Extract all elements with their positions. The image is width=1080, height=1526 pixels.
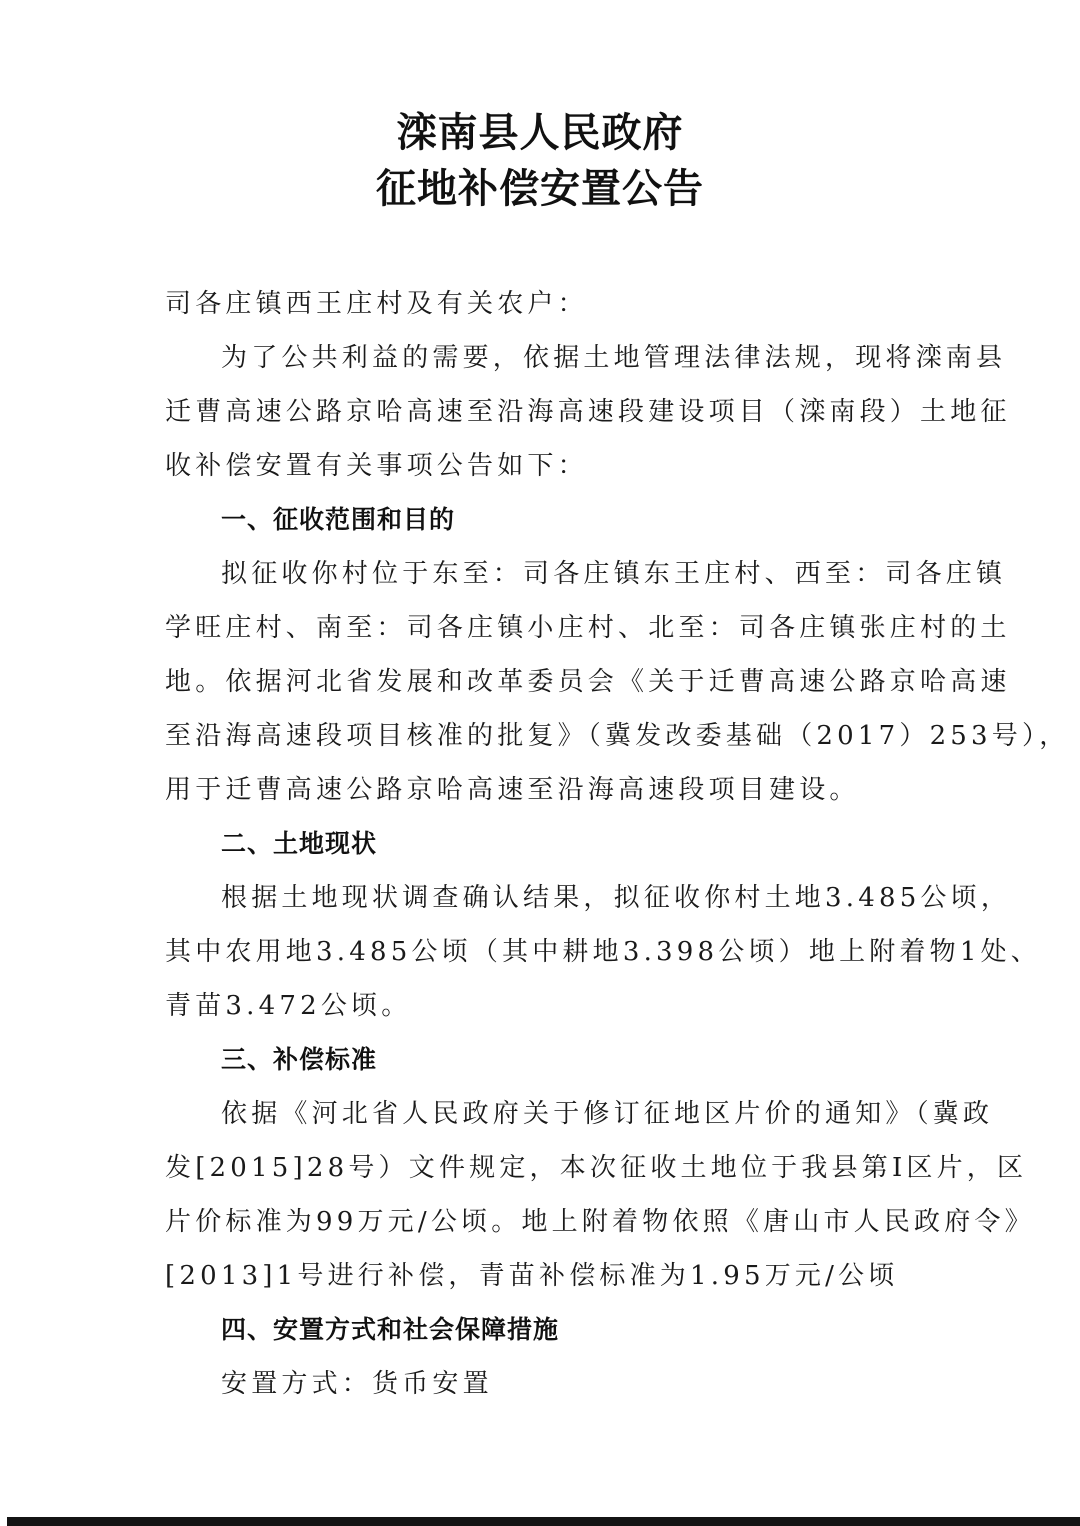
paragraph-line: [2013]1号进行补偿，青苗补偿标准为1.95万元/公顷 [165, 1249, 930, 1303]
paragraph-line: 至沿海高速段项目核准的批复》（冀发改委基础（2017）253号）， [165, 709, 930, 763]
paragraph-line: 依据《河北省人民政府关于修订征地区片价的通知》（冀政 [165, 1087, 930, 1141]
paragraph-line: 发[2015]28号）文件规定，本次征收土地位于我县第Ⅰ区片，区 [165, 1141, 930, 1195]
intro-line: 为了公共利益的需要，依据土地管理法律法规，现将滦南县 [165, 331, 930, 385]
paragraph-line: 安置方式：货币安置 [165, 1357, 930, 1411]
section-heading-land-status: 二、土地现状 [165, 817, 930, 871]
paragraph-line: 学旺庄村、南至：司各庄镇小庄村、北至：司各庄镇张庄村的土 [165, 601, 930, 655]
scan-edge-bar [7, 1517, 1080, 1526]
document-title: 滦南县人民政府 征地补偿安置公告 [0, 105, 1080, 217]
title-issuer: 滦南县人民政府 [0, 105, 1080, 161]
intro-line: 迁曹高速公路京哈高速至沿海高速段建设项目（滦南段）土地征 [165, 385, 930, 439]
paragraph-line: 地。依据河北省发展和改革委员会《关于迁曹高速公路京哈高速 [165, 655, 930, 709]
addressee: 司各庄镇西王庄村及有关农户： [165, 277, 930, 331]
paragraph-line: 根据土地现状调查确认结果，拟征收你村土地3.485公顷， [165, 871, 930, 925]
section-heading-compensation-standard: 三、补偿标准 [165, 1033, 930, 1087]
paragraph-line: 拟征收你村位于东至：司各庄镇东王庄村、西至：司各庄镇 [165, 547, 930, 601]
paragraph-line: 其中农用地3.485公顷（其中耕地3.398公顷）地上附着物1处、 [165, 925, 930, 979]
intro-line: 收补偿安置有关事项公告如下： [165, 439, 930, 493]
document-body: 司各庄镇西王庄村及有关农户： 为了公共利益的需要，依据土地管理法律法规，现将滦南… [165, 277, 930, 1411]
scanned-document-page: 滦南县人民政府 征地补偿安置公告 司各庄镇西王庄村及有关农户： 为了公共利益的需… [0, 0, 1080, 1526]
paragraph-line: 片价标准为99万元/公顷。地上附着物依照《唐山市人民政府令》 [165, 1195, 930, 1249]
section-heading-resettlement: 四、安置方式和社会保障措施 [165, 1303, 930, 1357]
section-heading-scope-purpose: 一、征收范围和目的 [165, 493, 930, 547]
paragraph-line: 青苗3.472公顷。 [165, 979, 930, 1033]
title-notice-name: 征地补偿安置公告 [0, 161, 1080, 217]
paragraph-line: 用于迁曹高速公路京哈高速至沿海高速段项目建设。 [165, 763, 930, 817]
